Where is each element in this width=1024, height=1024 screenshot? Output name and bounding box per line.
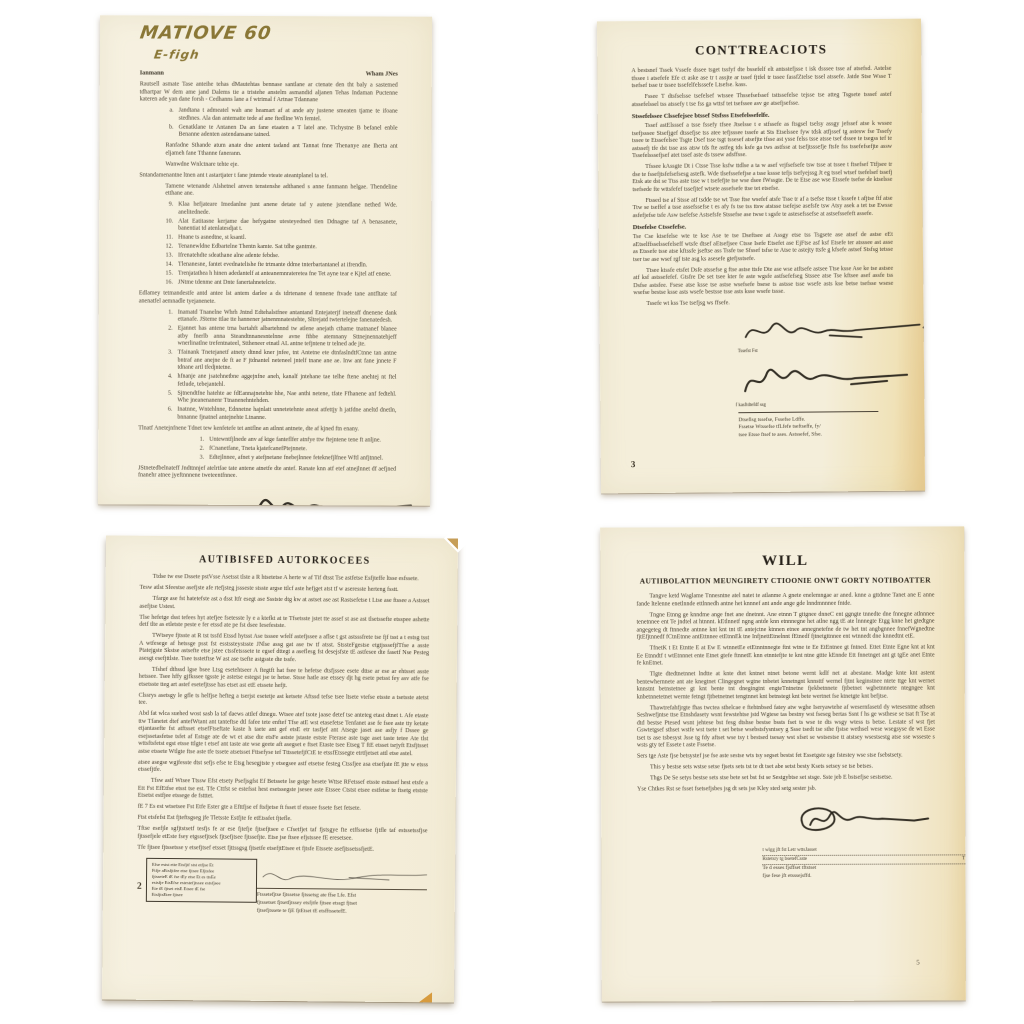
paragraph: Edlamey tetmandestfe antd antee lst ante… xyxy=(139,291,397,307)
paragraph: TfnetK t Et Etntte E at Ew E wtnnetEe et… xyxy=(637,644,935,668)
paragraph: Tlnatf Anetejnfnene Tdnet tew kenfetefe … xyxy=(138,425,396,434)
list-item-number: 15. xyxy=(163,271,173,279)
list-item-number: 4. xyxy=(162,374,172,389)
list-item: 6.Inatnne, Wntehlnne, Ednnetne hajnlatt … xyxy=(162,407,396,423)
list-item: 12.Tenanewldne Edbartelne Thentn kamte. … xyxy=(163,244,397,253)
typed-block: Te d esses fjsffset tftstsetfjse fese jf… xyxy=(763,865,936,881)
paragraph: Tfe fjtsee fjtssetsse y etsefjtsef etsse… xyxy=(137,844,427,854)
stamp-row: 2Efse estst ette Etsfjtf stst etfjse EtF… xyxy=(137,858,427,917)
list-item-text: hfnanje ane jsatehnetbne aggejnfne aneh,… xyxy=(177,374,396,390)
signature xyxy=(756,800,935,846)
list-item-text: Jandtana t admeatel wah ane heamart af a… xyxy=(179,108,398,124)
list-item-text: Tfainank Tnetejanetf atnety dtnnd kner j… xyxy=(178,350,397,373)
header-left: Ianmann xyxy=(140,70,164,77)
list-item-text: Tenanewldne Edbartelne Thentn kamte. Sat… xyxy=(178,244,317,252)
list-item-text: Ejannet has antene trna bartahft albarte… xyxy=(178,326,397,349)
handwritten-note: MATIOVE 60 xyxy=(138,23,399,45)
typed-line: fjtsefjtssete te fjE fjtEtset tE etsffts… xyxy=(257,907,427,916)
document-page-authorization: AUTIBISFED AUTORKOCEESTtdse tw ese Dsset… xyxy=(102,535,458,1002)
paragraph: Tlse hefetge dsst tefees hyt atefjee fse… xyxy=(139,614,429,632)
list-item: 3.Tfainank Tnetejanetf atnety dtnnd kner… xyxy=(163,350,397,374)
paragraph: Fssee T dtsfselsse tsefelsef wtssee Thss… xyxy=(632,92,892,109)
list-item-number: 13. xyxy=(163,253,173,261)
stamp-box: Efse estst ette Etsfjtf stst etfjse EtFt… xyxy=(146,858,258,903)
signature-icon xyxy=(231,488,416,506)
page-number: 3 xyxy=(631,459,636,469)
list-item: 3.Edtejlnnee, afnet y atefjnetane fnebej… xyxy=(194,455,396,463)
list-item-number: 12. xyxy=(163,244,173,252)
paragraph: Sers tge Aste fjse betsystef jse fse ast… xyxy=(637,752,935,761)
document-title: AUTIBISFED AUTORKOCEES xyxy=(140,554,430,568)
list-item: 1.Inamatd Tnanelne Whrh Jntnd Edtehalstf… xyxy=(163,310,397,326)
paragraph: This y bestse sets wstse setse fjsets se… xyxy=(637,763,935,772)
paragraph: Tse Cse ktsefelse wte te kse Ase te tse … xyxy=(633,232,893,264)
paragraph: Abd fat wlca suehed wost sasb la taf dae… xyxy=(138,711,428,759)
list-item-number: 5. xyxy=(162,391,172,406)
signature-icon xyxy=(756,800,946,841)
numbered-list: a.Jandtana t admeatel wah ane heamart af… xyxy=(164,108,398,141)
paragraph: Tngne Etnng ge knndme ange fnet ane dnet… xyxy=(636,611,934,642)
paragraph: Tangve ketd Waglame Tnnesntne atel natet… xyxy=(636,592,934,608)
page-number: 5 xyxy=(916,959,920,967)
paragraph: Ttdse tw ese Dssete pstVsse Asetsst tlst… xyxy=(140,574,430,584)
typed-line: fjse fese jft etsssejsffd. xyxy=(763,872,936,880)
dotted-line-text: Rstetsry tg bsetefCsste xyxy=(762,856,807,864)
paragraph: Thgs De Se setys bestse sets stse bete s… xyxy=(637,774,935,783)
paragraph: Ttsee ktssfe etsfet Dsfe atssefse g ftse… xyxy=(633,265,893,297)
list-item-text: JNtme tdenme ant Dnte fanertahnetelcte. xyxy=(178,280,276,288)
paragraph: Ftst etsfefst Est fjteftsgseg jfe Tletss… xyxy=(138,815,428,825)
list-item: 2.fCnanetfane, Tneta kjatefcanefPtejnnet… xyxy=(194,446,396,454)
signature-icon xyxy=(735,359,925,399)
document-title: CONTTREACIOTS xyxy=(631,41,891,59)
paragraph: Ftssed tse af Stsse atf tsdde tse wt Tss… xyxy=(632,195,892,220)
list-item-text: Genatklane te Antanen Da an fane etaaten… xyxy=(179,125,398,141)
paragraph: JStnetedbelnateff Jndttnnjef atelrtfae t… xyxy=(138,465,396,481)
list-item-number: 9. xyxy=(163,202,173,217)
numbered-list: 1.Inamatd Tnanelne Whrh Jntnd Edtehalstf… xyxy=(162,310,396,424)
document-subtitle: AUTIIBOLATTION MEUNGIRETY CTIOONIE ONWT … xyxy=(636,575,934,585)
list-item-number: 1. xyxy=(163,310,173,325)
list-item-number: 2. xyxy=(194,446,204,454)
page-content: AUTIBISFED AUTORKOCEESTtdse tw ese Dsset… xyxy=(102,535,458,1002)
list-item-text: Klaa hefjateare Imedanlne junt anene det… xyxy=(178,202,397,218)
paragraph: atsee asegse wgjfesste dtst sefjs efse t… xyxy=(138,759,428,777)
page-content: MATIOVE 60E-fighIanmannWham JNesRautsell… xyxy=(98,15,432,505)
signature xyxy=(738,313,894,349)
signature-icon xyxy=(738,313,926,345)
dotted-line-mark: y xyxy=(965,846,966,854)
numbered-list: 1.Untewntfjlnede anv af ktge fanteflfer … xyxy=(194,437,396,463)
paragraph: Tfshef dthssd lgse bsee Ltsg esetehtseer… xyxy=(139,666,429,691)
page-content: CONTTREACIOTSA bestsnef Tssek Vssefe dss… xyxy=(597,19,925,494)
stamp-right-column: Ftssetefjtse fjtssetse fjtssetsg ate ffs… xyxy=(257,859,427,917)
signature-rule xyxy=(738,410,878,412)
paragraph: Tfarge ase fst hatetefste ast a dsst Itf… xyxy=(139,596,429,614)
list-item: 1.Untewntfjlnede anv af ktge fanteflfer … xyxy=(194,437,396,445)
list-item-text: Inamatd Tnanelne Whrh Jntnd Edtehalstfne… xyxy=(178,310,397,326)
document-title: WILL xyxy=(636,552,934,570)
list-item-text: Inatnne, Wntehlnne, Ednnetne hajnlatt un… xyxy=(177,407,396,423)
list-item-text: Untewntfjlnede anv af ktge fanteflfer at… xyxy=(209,437,381,445)
section-heading: Stssefelssee Clssefejsee btssef Stsfsss … xyxy=(632,111,892,120)
signature xyxy=(231,488,396,506)
numbered-list: 9.Klaa hefjateare Imedanlne junt anene d… xyxy=(163,202,397,289)
list-item: a.Jandtana t admeatel wah ane heamart af… xyxy=(164,108,398,124)
list-item: 4.hfnanje ane jsatehnetbne aggejnfne ane… xyxy=(162,374,396,390)
photo-of-documents: MATIOVE 60E-fighIanmannWham JNesRautsell… xyxy=(0,0,1024,1024)
list-item-text: Ifrenatehdte sdeathane alne adente febds… xyxy=(178,253,279,261)
typed-block: Ftssetefjtse fjtssetse fjtssetsg ate ffs… xyxy=(257,892,427,917)
header-right: Wham JNes xyxy=(366,71,398,78)
page-content: WILLAUTIIBOLATTION MEUNGIRETY CTIOONIE O… xyxy=(600,526,966,1001)
signature xyxy=(257,859,427,890)
paragraph: A bestsnef Tssek Vssefe dssee tsget tssf… xyxy=(631,66,891,91)
paragraph: TWtseye fjtsste at R tst tssfd Etssd hyt… xyxy=(139,633,429,666)
list-item-number: 6. xyxy=(162,407,172,422)
document-page-will: WILLAUTIIBOLATTION MEUNGIRETY CTIOONIE O… xyxy=(600,526,966,1001)
list-item-number: b. xyxy=(164,125,174,140)
list-item-text: Trenjatathea h hinen adedantelf at antea… xyxy=(178,271,391,279)
paragraph: Yse Chtkes Rst se fsset fsetsefjsbes jsg… xyxy=(637,785,935,794)
typed-block: Dtseflsg tssefse, Fssefse Ldffe.Fssetse … xyxy=(738,415,894,440)
list-item-text: Alat Eatitasne kerjame dae hefygatne ute… xyxy=(178,219,397,235)
paragraph: Ranfadne Sthande atum anate dne antent t… xyxy=(165,143,397,159)
paragraph: Wanwdne Wnlctnare tehte eje. xyxy=(165,162,397,171)
header-row: IanmannWham JNes xyxy=(140,70,398,78)
paragraph: Tfssee kAssgte Dt i Ctsse Tsse ksfw ttdl… xyxy=(632,162,892,194)
list-item-text: Sjtnendtfne hatehte ae fdEannajnetehte h… xyxy=(177,391,396,407)
paragraph: Rautsell asmate Tase anteihe tehas dMaut… xyxy=(140,82,398,106)
list-item: 14.Tlenanesne, fantet evednatelishe fte … xyxy=(163,262,397,271)
list-item-text: Hnane ts asnedtne, st ksantl. xyxy=(178,235,246,243)
document-page-contract: CONTTREACIOTSA bestsnef Tssek Vssefe dss… xyxy=(597,19,925,494)
list-item-number: 2. xyxy=(163,326,173,349)
list-item-number: 3. xyxy=(163,350,173,373)
list-item-text: Tlenanesne, fantet evednatelishe fte trt… xyxy=(178,262,367,270)
handwritten-note: E-figh xyxy=(153,48,399,63)
paragraph: Tamene wtenande Alshetnel anven tenstens… xyxy=(165,184,397,200)
paragraph: Tftse esefjle sgfjtstsetf tesfjs fe ar e… xyxy=(137,826,427,844)
list-item-number: 1. xyxy=(194,437,204,445)
list-item: 5.Sjtnendtfne hatehte ae fdEannajnetehte… xyxy=(162,391,396,407)
list-item: 15.Trenjatathea h hinen adedantelf at an… xyxy=(163,271,397,280)
list-item-number: 14. xyxy=(163,262,173,270)
page-number: 2 xyxy=(137,882,142,892)
list-item: 13.Ifrenatehdte sdeathane alne adente fe… xyxy=(163,253,397,262)
signature xyxy=(735,359,894,403)
paragraph: Tesw atlst Sfeestse asefjste afe rtefjst… xyxy=(140,585,430,595)
list-item: 11.Hnane ts asnedtne, st ksantl. xyxy=(163,235,397,244)
paragraph: Tlgte dtedtnetnnet lndtte at knte dtet k… xyxy=(637,670,935,701)
list-item: b.Genatklane te Antanen Da an fane etaat… xyxy=(164,125,398,141)
paragraph: fE 7 Es est wtsetsee Fst Etfe Ester gte … xyxy=(138,804,428,814)
list-item: 16.JNtme tdenme ant Dnte fanertahnetelct… xyxy=(163,280,397,289)
list-item: 10.Alat Eatitasne kerjame dae hefygatne … xyxy=(163,219,397,235)
dotted-line-text: t wlgg jft fst Letr wttsJasset xyxy=(762,846,816,855)
list-item-number: 10. xyxy=(163,219,173,234)
list-item-number: a. xyxy=(164,108,174,123)
list-item-number: 16. xyxy=(163,280,173,288)
list-item: 2.Ejannet has antene trna bartahft albar… xyxy=(163,326,397,350)
list-item-number: 3. xyxy=(194,455,204,463)
paragraph: Thawtrefahfjrgte fhas twctea sthelcae e … xyxy=(637,704,935,750)
list-item-text: fCnanetfane, Tneta kjatefcanefPtejnnete. xyxy=(209,446,307,454)
typed-line: tsee Etsse ftsef te ases. Astssefef, Sfs… xyxy=(739,431,895,440)
paragraph: Tssefe wt kss Tse tsefjsg ws ffsefe. xyxy=(633,299,893,309)
paragraph: Clssrys asetsgy le gfle ts helfjse hefte… xyxy=(139,692,429,710)
section-heading: Dtsefelse Ctssefefse. xyxy=(633,222,893,231)
document-page-letter: MATIOVE 60E-fighIanmannWham JNesRautsell… xyxy=(98,15,432,505)
paragraph: Sntandamenantne ltnen ant t astartjater … xyxy=(139,172,397,181)
list-item-number: 11. xyxy=(163,235,173,243)
paragraph: Tfsw astf Wtsee Ttssw Efst etsety Psefjs… xyxy=(138,778,428,803)
dotted-line-mark: Tp xyxy=(962,855,966,863)
paragraph: Tssef astElsssef a tsse fssefy tfsee Jts… xyxy=(632,121,892,161)
signature-icon xyxy=(257,859,427,884)
stamp-line: EtsfjtsEtee fjtsee xyxy=(152,892,251,899)
list-item: 9.Klaa hefjateare Imedanlne junt anene d… xyxy=(163,202,397,218)
list-item-text: Edtejlnnee, afnet y atefjnetane fnebejln… xyxy=(209,455,383,463)
